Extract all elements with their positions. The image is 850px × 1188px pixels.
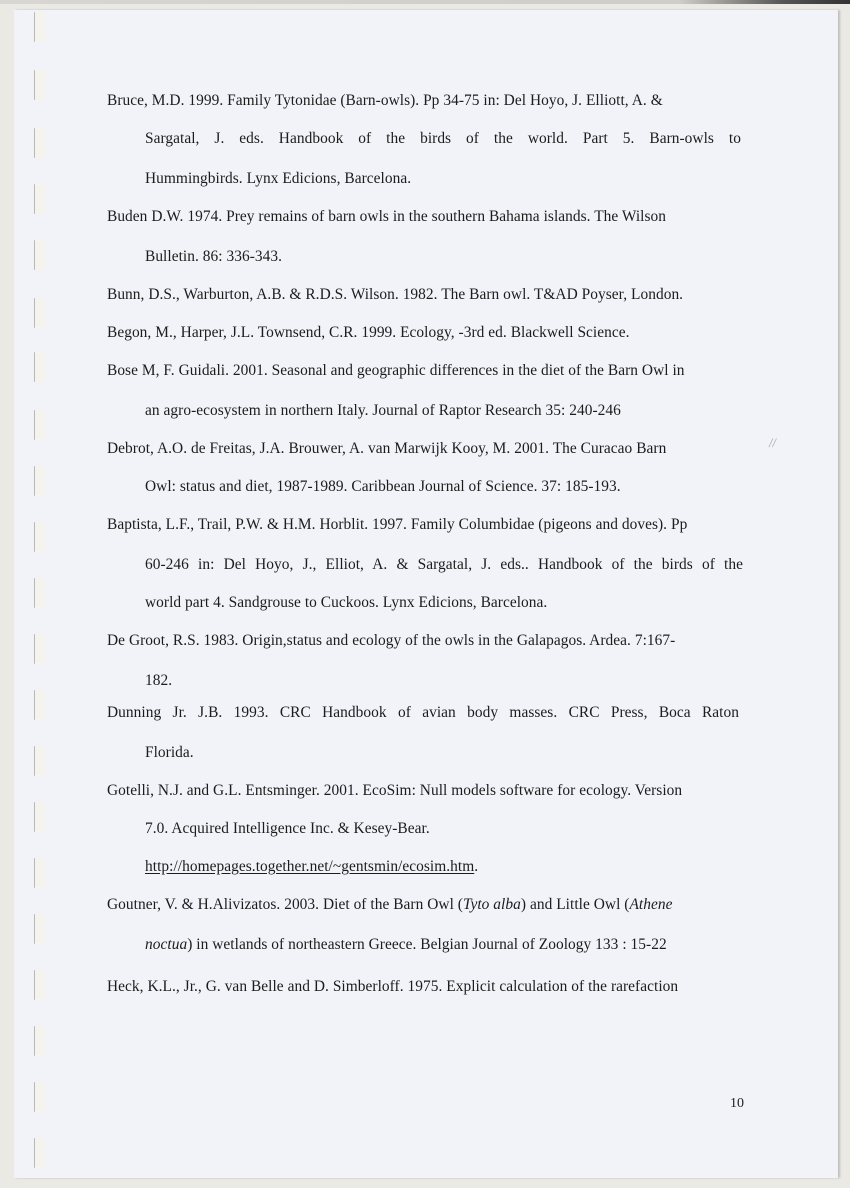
reference-line: Buden D.W. 1974. Prey remains of barn ow… — [107, 208, 666, 226]
punch-hole — [34, 1138, 45, 1168]
punch-hole — [34, 466, 45, 496]
reference-line: an agro-ecosystem in northern Italy. Jou… — [145, 402, 621, 420]
pencil-margin-mark: // — [768, 435, 777, 451]
document-page: Bruce, M.D. 1999. Family Tytonidae (Barn… — [14, 10, 838, 1178]
punch-hole — [34, 184, 45, 214]
binding-punch-holes — [34, 10, 54, 1178]
reference-line: world part 4. Sandgrouse to Cuckoos. Lyn… — [145, 594, 547, 612]
punch-hole — [34, 746, 45, 776]
reference-line: Sargatal, J. eds. Handbook of the birds … — [145, 130, 741, 148]
species-name-italic: noctua — [145, 936, 187, 953]
reference-line: Heck, K.L., Jr., G. van Belle and D. Sim… — [107, 978, 678, 996]
reference-text: ) and Little Owl ( — [521, 896, 630, 913]
reference-line: Owl: status and diet, 1987-1989. Caribbe… — [145, 478, 621, 496]
reference-line: Baptista, L.F., Trail, P.W. & H.M. Horbl… — [107, 516, 687, 534]
punch-hole — [34, 240, 45, 270]
punch-hole — [34, 70, 45, 100]
punch-hole — [34, 634, 45, 664]
reference-line: 7.0. Acquired Intelligence Inc. & Kesey-… — [145, 820, 430, 838]
reference-line: Goutner, V. & H.Alivizatos. 2003. Diet o… — [107, 896, 673, 914]
punch-hole — [34, 1026, 45, 1056]
url-suffix: . — [474, 858, 478, 875]
punch-hole — [34, 522, 45, 552]
punch-hole — [34, 410, 45, 440]
punch-hole — [34, 578, 45, 608]
reference-line: Bunn, D.S., Warburton, A.B. & R.D.S. Wil… — [107, 286, 683, 304]
reference-line: Dunning Jr. J.B. 1993. CRC Handbook of a… — [107, 704, 739, 722]
reference-line: Bulletin. 86: 336-343. — [145, 248, 282, 266]
punch-hole — [34, 802, 45, 832]
reference-line: Gotelli, N.J. and G.L. Entsminger. 2001.… — [107, 782, 682, 800]
species-name-italic: Athene — [629, 896, 672, 913]
scan-edge-shadow — [0, 0, 850, 4]
punch-hole — [34, 352, 45, 382]
reference-line: Bruce, M.D. 1999. Family Tytonidae (Barn… — [107, 92, 743, 110]
punch-hole — [34, 1082, 45, 1112]
reference-text: Goutner, V. & H.Alivizatos. 2003. Diet o… — [107, 896, 463, 913]
reference-text: ) in wetlands of northeastern Greece. Be… — [187, 936, 667, 953]
reference-line: 182. — [145, 672, 172, 690]
punch-hole — [34, 12, 45, 42]
reference-line: Begon, M., Harper, J.L. Townsend, C.R. 1… — [107, 324, 630, 342]
reference-line: Debrot, A.O. de Freitas, J.A. Brouwer, A… — [107, 440, 666, 458]
reference-line: De Groot, R.S. 1983. Origin,status and e… — [107, 632, 675, 650]
species-name-italic: Tyto alba — [463, 896, 521, 913]
punch-hole — [34, 690, 45, 720]
punch-hole — [34, 970, 45, 1000]
reference-line: Florida. — [145, 744, 194, 762]
scanned-page-background: Bruce, M.D. 1999. Family Tytonidae (Barn… — [0, 0, 850, 1188]
page-number: 10 — [730, 1096, 744, 1112]
punch-hole — [34, 914, 45, 944]
reference-line: http://homepages.together.net/~gentsmin/… — [145, 858, 478, 876]
reference-line: noctua) in wetlands of northeastern Gree… — [145, 936, 667, 954]
reference-line: Bose M, F. Guidali. 2001. Seasonal and g… — [107, 362, 685, 380]
reference-line: Hummingbirds. Lynx Edicions, Barcelona. — [145, 170, 411, 188]
punch-hole — [34, 858, 45, 888]
reference-line: 60-246 in: Del Hoyo, J., Elliot, A. & Sa… — [145, 556, 743, 574]
ecosim-url-link[interactable]: http://homepages.together.net/~gentsmin/… — [145, 858, 474, 875]
punch-hole — [34, 128, 45, 158]
punch-hole — [34, 298, 45, 328]
